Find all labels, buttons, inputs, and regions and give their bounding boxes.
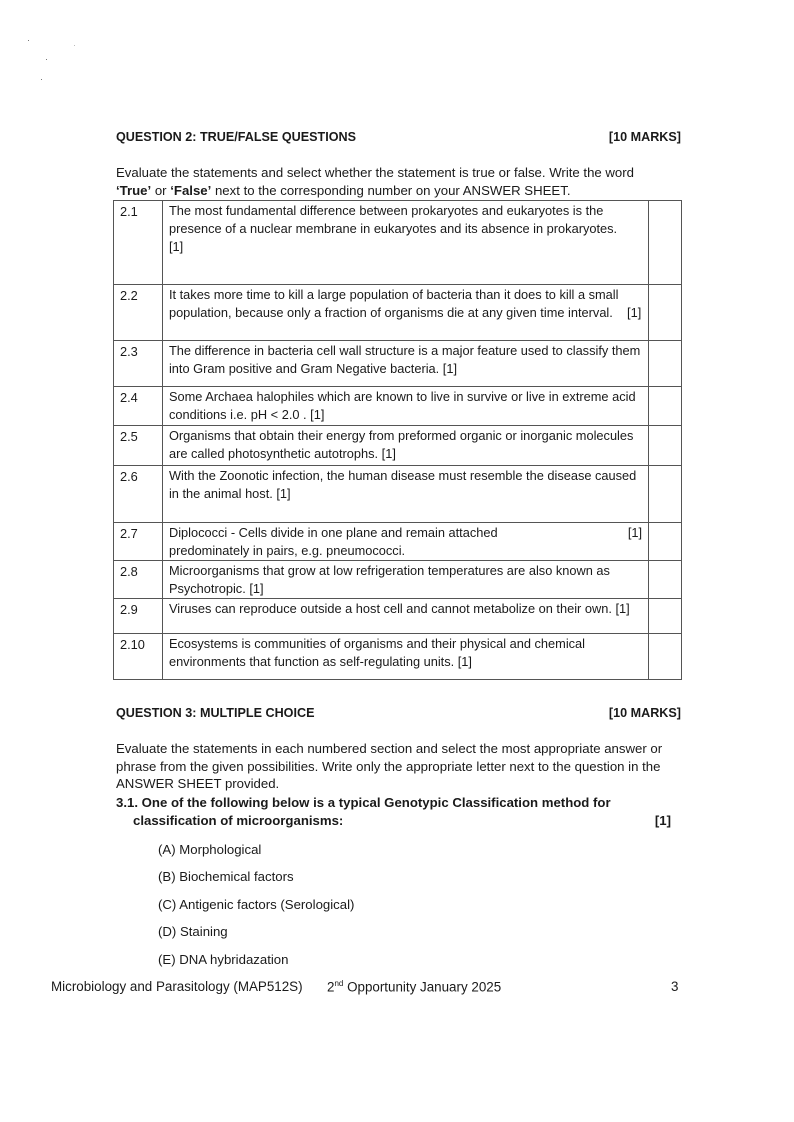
scan-speck [46, 59, 47, 60]
question-3-1-line2: classification of microorganisms: [1] [116, 812, 681, 830]
item-number: 2.5 [114, 426, 163, 466]
table-row: 2.7Diplococci - Cells divide in one plan… [114, 523, 682, 561]
question3-header: QUESTION 3: MULTIPLE CHOICE [10 MARKS] [116, 706, 681, 720]
question2-header: QUESTION 2: TRUE/FALSE QUESTIONS [10 MAR… [116, 130, 681, 144]
true-false-table: 2.1The most fundamental difference betwe… [113, 200, 682, 680]
item-number: 2.10 [114, 634, 163, 680]
answer-cell [649, 561, 682, 599]
table-row: 2.8Microorganisms that grow at low refri… [114, 561, 682, 599]
item-statement: Diplococci - Cells divide in one plane a… [169, 524, 529, 560]
table-row: 2.10Ecosystems is communities of organis… [114, 634, 682, 680]
item-statement-wrap: Organisms that obtain their energy from … [169, 427, 642, 463]
item-statement-cell: Ecosystems is communities of organisms a… [162, 634, 648, 680]
item-statement-cell: Viruses can reproduce outside a host cel… [162, 599, 648, 634]
item-statement-cell: Some Archaea halophiles which are known … [162, 387, 648, 426]
item-statement: Microorganisms that grow at low refriger… [169, 562, 642, 598]
item-statement-wrap: With the Zoonotic infection, the human d… [169, 467, 642, 503]
item-number: 2.2 [114, 285, 163, 341]
footer-course: Microbiology and Parasitology (MAP512S) [51, 979, 303, 994]
or-word: or [151, 183, 170, 198]
item-statement: It takes more time to kill a large popul… [169, 286, 642, 322]
item-statement-wrap: Viruses can reproduce outside a host cel… [169, 600, 642, 618]
item-number: 2.6 [114, 466, 163, 523]
item-statement-cell: Organisms that obtain their energy from … [162, 426, 648, 466]
item-statement-cell: It takes more time to kill a large popul… [162, 285, 648, 341]
item-statement: Viruses can reproduce outside a host cel… [169, 600, 630, 618]
item-number: 2.3 [114, 341, 163, 387]
answer-cell [649, 201, 682, 285]
option-d: (D) Staining [158, 924, 228, 939]
item-statement-cell: With the Zoonotic infection, the human d… [162, 466, 648, 523]
item-number: 2.1 [114, 201, 163, 285]
item-statement-cell: Diplococci - Cells divide in one plane a… [162, 523, 648, 561]
table-row: 2.5Organisms that obtain their energy fr… [114, 426, 682, 466]
answer-cell [649, 341, 682, 387]
footer-opportunity: 2nd Opportunity January 2025 [327, 979, 501, 994]
item-statement-wrap: The most fundamental difference between … [169, 202, 642, 256]
item-statement-cell: The most fundamental difference between … [162, 201, 648, 285]
item-statement: Organisms that obtain their energy from … [169, 427, 642, 463]
question-3-1: 3.1. One of the following below is a typ… [116, 794, 681, 830]
item-statement: The most fundamental difference between … [169, 202, 642, 256]
scan-speck [28, 40, 29, 41]
question2-instructions: Evaluate the statements and select wheth… [116, 164, 684, 200]
table-row: 2.6With the Zoonotic infection, the huma… [114, 466, 682, 523]
item-statement: Some Archaea halophiles which are known … [169, 388, 642, 424]
answer-cell [649, 466, 682, 523]
question2-marks: [10 MARKS] [609, 130, 681, 144]
item-statement-wrap: Microorganisms that grow at low refriger… [169, 562, 642, 598]
question-3-1-text: classification of microorganisms: [133, 812, 343, 830]
false-word: ‘False’ [170, 183, 211, 198]
table-row: 2.4Some Archaea halophiles which are kno… [114, 387, 682, 426]
item-statement-wrap: It takes more time to kill a large popul… [169, 286, 642, 322]
question3-instructions: Evaluate the statements in each numbered… [116, 740, 684, 793]
option-a: (A) Morphological [158, 842, 261, 857]
table-row: 2.3The difference in bacteria cell wall … [114, 341, 682, 387]
opportunity-text: Opportunity January 2025 [343, 979, 501, 994]
item-number: 2.4 [114, 387, 163, 426]
item-statement: Ecosystems is communities of organisms a… [169, 635, 642, 671]
option-c: (C) Antigenic factors (Serological) [158, 897, 354, 912]
answer-cell [649, 523, 682, 561]
item-statement: With the Zoonotic infection, the human d… [169, 467, 642, 503]
item-marks: [1] [628, 524, 642, 560]
item-number: 2.9 [114, 599, 163, 634]
instruction-line2: ‘True’ or ‘False’ next to the correspond… [116, 182, 684, 200]
item-statement-wrap: Diplococci - Cells divide in one plane a… [169, 524, 642, 560]
scan-speck [74, 45, 75, 46]
item-statement-wrap: Some Archaea halophiles which are known … [169, 388, 642, 424]
answer-cell [649, 426, 682, 466]
table-row: 2.1The most fundamental difference betwe… [114, 201, 682, 285]
page-number: 3 [671, 979, 678, 994]
option-b: (B) Biochemical factors [158, 869, 294, 884]
item-statement: The difference in bacteria cell wall str… [169, 342, 642, 378]
item-statement-wrap: The difference in bacteria cell wall str… [169, 342, 642, 378]
question3-marks: [10 MARKS] [609, 706, 681, 720]
answer-cell [649, 387, 682, 426]
item-statement-wrap: Ecosystems is communities of organisms a… [169, 635, 642, 671]
answer-cell [649, 285, 682, 341]
question-3-1-line1: 3.1. One of the following below is a typ… [116, 794, 681, 812]
true-word: ‘True’ [116, 183, 151, 198]
instruction-line1: Evaluate the statements and select wheth… [116, 164, 684, 182]
table-row: 2.9Viruses can reproduce outside a host … [114, 599, 682, 634]
answer-cell [649, 634, 682, 680]
item-number: 2.8 [114, 561, 163, 599]
question3-title: QUESTION 3: MULTIPLE CHOICE [116, 706, 314, 720]
instruction-rest: next to the corresponding number on your… [211, 183, 570, 198]
question2-title: QUESTION 2: TRUE/FALSE QUESTIONS [116, 130, 356, 144]
table-row: 2.2It takes more time to kill a large po… [114, 285, 682, 341]
option-e: (E) DNA hybridazation [158, 952, 288, 967]
question-3-1-marks: [1] [655, 812, 671, 830]
scan-speck [41, 79, 42, 80]
answer-cell [649, 599, 682, 634]
item-statement-cell: The difference in bacteria cell wall str… [162, 341, 648, 387]
exam-page: QUESTION 2: TRUE/FALSE QUESTIONS [10 MAR… [0, 0, 794, 1122]
item-number: 2.7 [114, 523, 163, 561]
item-statement-cell: Microorganisms that grow at low refriger… [162, 561, 648, 599]
